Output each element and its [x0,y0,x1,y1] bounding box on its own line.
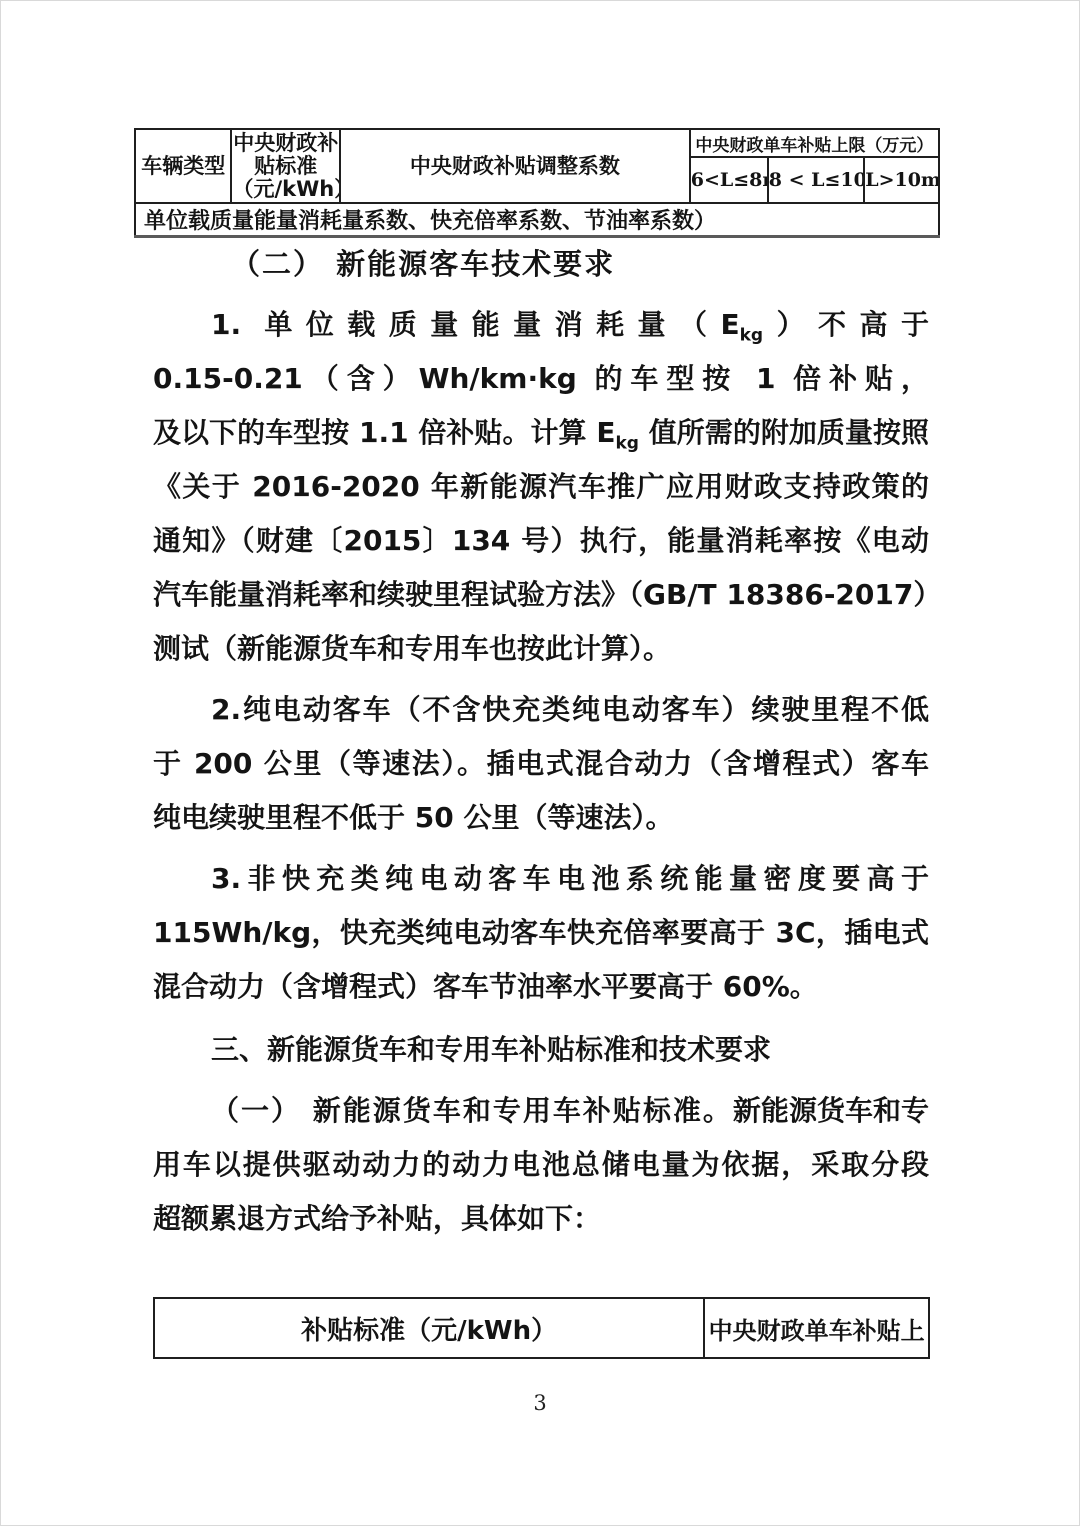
col-header-vehicle-type: 车辆类型 [135,129,231,203]
col-header-subsidy-standard: 中央财政补贴标准（元/kWh） [231,129,340,203]
section-heading-2: （二） 新能源客车技术要求 [153,237,929,291]
document-page: 车辆类型 中央财政补贴标准（元/kWh） 中央财政补贴调整系数 中央财政单车补贴… [0,0,1080,1526]
body-text: （二） 新能源客车技术要求1. 单位载质量能量消耗量（Ekg）不高于 0.21W… [153,231,929,1246]
truck-subsidy-table: 补贴标准（元/kWh） 中央财政单车补贴上 [153,1297,930,1359]
col-header-subsidy-cap-bottom: 中央财政单车补贴上 [704,1298,929,1358]
paragraph-1-line: 通知》（财建〔2015〕134 号）执行，能量消耗率按《电动 [153,514,929,568]
paragraph-1-line: 汽车能量消耗率和续驶里程试验方法》（GB/T 18386-2017） [153,568,929,622]
page-number: 3 [1,1391,1079,1415]
col-header-subsidy-standard-bottom: 补贴标准（元/kWh） [154,1298,704,1358]
paragraph-3-line: 115Wh/kg，快充类纯电动客车快充倍率要高于 3C，插电式 [153,906,929,960]
paragraph-3-line: 混合动力（含增程式）客车节油率水平要高于 60%。 [153,960,929,1014]
paragraph-3-line: 3.非快充类纯电动客车电池系统能量密度要高于 [153,852,929,906]
paragraph-1-line: 《关于 2016-2020 年新能源汽车推广应用财政支持政策的 [153,460,929,514]
paragraph-1-line: 及以下的车型按 1.1 倍补贴。计算 Ekg 值所需的附加质量按照 [153,406,929,460]
paragraph-4-line: （一） 新能源货车和专用车补贴标准。新能源货车和专 [153,1084,929,1138]
paragraph-4-line: 超额累退方式给予补贴，具体如下： [153,1192,929,1246]
col-header-subsidy-cap: 中央财政单车补贴上限（万元） [690,129,939,157]
col-header-adjust-coefficient: 中央财政补贴调整系数 [340,129,690,203]
section-heading-3: 三、新能源货车和专用车补贴标准和技术要求 [153,1023,929,1077]
paragraph-1-line: 0.15-0.21（含）Wh/km·kg 的车型按 1 倍补贴，0.15Wh/k… [153,352,929,406]
subsidy-coefficient-table: 车辆类型 中央财政补贴标准（元/kWh） 中央财政补贴调整系数 中央财政单车补贴… [134,128,940,238]
paragraph-1-line: 1. 单位载质量能量消耗量（Ekg）不高于 0.21Wh/km·kg， [153,298,929,352]
col-header-length-6-8m: 6<L≤8m [690,157,768,203]
paragraph-2-line: 纯电续驶里程不低于 50 公里（等速法）。 [153,791,929,845]
paragraph-4-line: 用车以提供驱动动力的动力电池总储电量为依据，采取分段 [153,1138,929,1192]
paragraph-2-line: 2.纯电动客车（不含快充类纯电动客车）续驶里程不低 [153,683,929,737]
paragraph-1-line: 测试（新能源货车和专用车也按此计算）。 [153,622,929,676]
col-header-length-over-10m: L>10m [864,157,939,203]
paragraph-2-line: 于 200 公里（等速法）。插电式混合动力（含增程式）客车 [153,737,929,791]
col-header-length-8-10m: 8 < L≤10m [768,157,864,203]
